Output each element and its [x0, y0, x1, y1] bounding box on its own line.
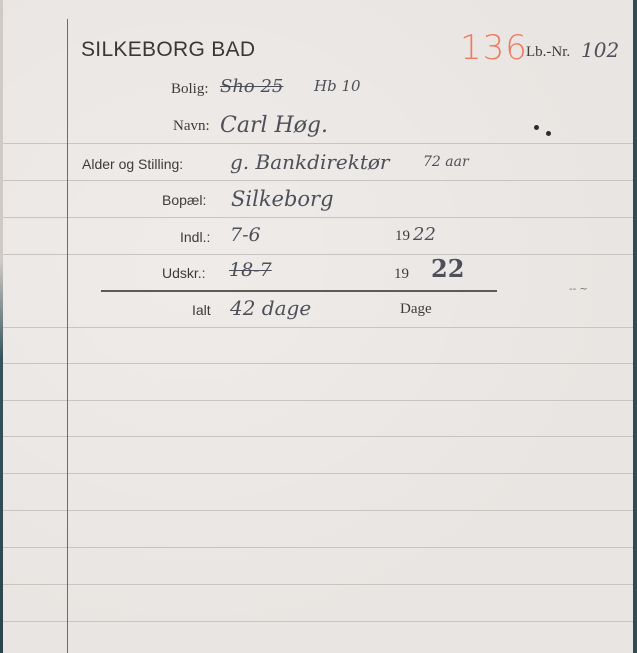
ialt-unit: Dage	[400, 301, 432, 318]
ruled-line	[3, 473, 633, 474]
ink-dot	[534, 125, 539, 130]
ruled-line	[3, 547, 633, 548]
bolig-value: Hb 10	[314, 77, 361, 95]
indl-label: Indl.:	[180, 229, 210, 245]
navn-value: Carl Høg.	[220, 113, 328, 138]
ruled-line	[3, 363, 633, 364]
ruled-line	[3, 143, 633, 144]
bopael-label: Bopæl:	[162, 192, 206, 208]
ruled-line	[3, 254, 633, 255]
ruled-line	[3, 327, 633, 328]
index-card: SILKEBORG BAD 136 Lb.-Nr. 102 Bolig: Sho…	[3, 0, 633, 653]
indl-year-suffix: 22	[413, 224, 436, 245]
bolig-struck-value: Sho 25	[220, 76, 283, 97]
bopael-value: Silkeborg	[231, 187, 334, 211]
ialt-label: Ialt	[192, 302, 211, 318]
ruled-line	[3, 180, 633, 181]
ruled-line	[3, 584, 633, 585]
pencil-smudge: -- ~	[569, 284, 588, 295]
alder-stilling-value: g. Bankdirektør	[230, 150, 390, 174]
lb-nr-label: Lb.-Nr.	[526, 44, 570, 61]
scan-edge-right	[633, 0, 637, 653]
ruled-line	[3, 217, 633, 218]
ruled-line	[3, 436, 633, 437]
navn-label: Navn:	[173, 118, 210, 135]
total-separator-line	[101, 290, 497, 292]
margin-line	[67, 19, 68, 653]
alder-stilling-label: Alder og Stilling:	[82, 156, 183, 172]
indl-date: 7-6	[230, 224, 261, 246]
bolig-label: Bolig:	[171, 81, 209, 98]
card-title: SILKEBORG BAD	[81, 38, 255, 62]
scan-edge-left	[0, 0, 3, 653]
ruled-line	[3, 400, 633, 401]
ialt-value: 42 dage	[230, 296, 311, 320]
udskr-year-prefix: 19	[394, 266, 409, 283]
alder-value: 72 aar	[423, 154, 469, 170]
ruled-line	[3, 510, 633, 511]
ink-dot	[546, 131, 551, 136]
lb-nr-value: 102	[581, 38, 619, 62]
ruled-line	[3, 621, 633, 622]
udskr-date: 18-7	[229, 259, 272, 281]
udskr-label: Udskr.:	[162, 265, 206, 281]
udskr-year-suffix: 22	[431, 254, 464, 283]
red-pencil-number: 136	[460, 28, 528, 68]
indl-year-prefix: 19	[395, 228, 410, 245]
